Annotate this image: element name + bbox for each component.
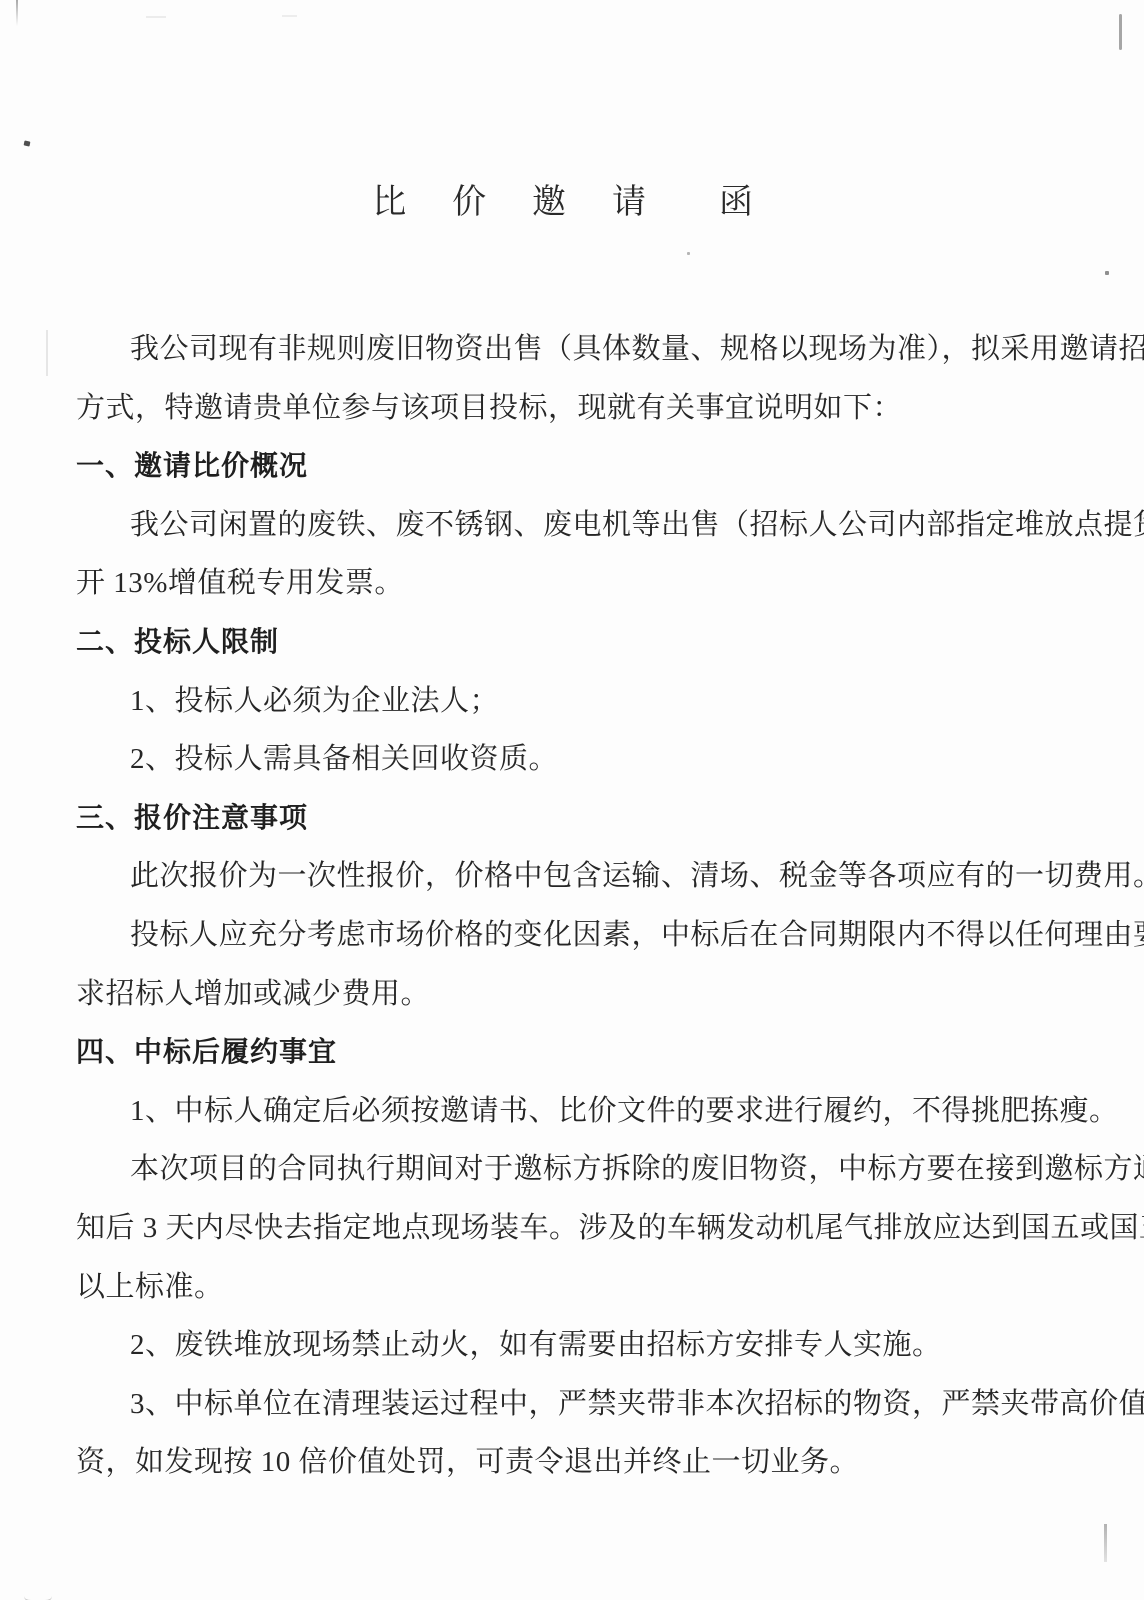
scan-artifact-line-topleft: [16, 0, 18, 26]
paragraph-line: 我公司现有非规则废旧物资出售（具体数量、规格以现场为准），拟采用邀请招标: [76, 332, 1044, 391]
paragraph-line: 我公司闲置的废铁、废不锈钢、废电机等出售（招标人公司内部指定堆放点提货）。: [76, 508, 1044, 567]
scan-artifact-line-left: [46, 330, 48, 376]
paragraph-line: 方式，特邀请贵单位参与该项目投标，现就有关事宜说明如下：: [76, 391, 1044, 450]
paragraph-line: 以上标准。: [76, 1270, 1044, 1329]
section-heading-1: 一、邀请比价概况: [76, 449, 1044, 508]
scan-artifact-speck-right: [1105, 271, 1109, 275]
paragraph-line: 投标人应充分考虑市场价格的变化因素，中标后在合同期限内不得以任何理由要: [76, 918, 1044, 977]
section-heading-4: 四、中标后履约事宜: [76, 1035, 1044, 1094]
document-body: 我公司现有非规则废旧物资出售（具体数量、规格以现场为准），拟采用邀请招标 方式，…: [76, 332, 1044, 1504]
scan-artifact-line-topright: [1119, 14, 1122, 50]
list-item: 2、投标人需具备相关回收资质。: [76, 742, 1044, 801]
list-item: 1、中标人确定后必须按邀请书、比价文件的要求进行履约，不得挑肥拣瘦。: [76, 1094, 1044, 1153]
paragraph-line: 资，如发现按 10 倍价值处罚，可责令退出并终止一切业务。: [76, 1445, 1044, 1504]
paragraph-line: 开 13%增值税专用发票。: [76, 566, 1044, 625]
scan-artifact-smudge: [146, 16, 166, 18]
paragraph-line: 本次项目的合同执行期间对于邀标方拆除的废旧物资，中标方要在接到邀标方通: [76, 1152, 1044, 1211]
scan-artifact-line-bottomright: [1104, 1524, 1107, 1562]
document-title: 比 价 邀 请 函: [0, 174, 1144, 223]
section-heading-3: 三、报价注意事项: [76, 801, 1044, 860]
list-item: 1、投标人必须为企业法人；: [76, 684, 1044, 743]
scan-artifact-speck-title: [687, 252, 690, 255]
section-heading-2: 二、投标人限制: [76, 625, 1044, 684]
list-item: 3、中标单位在清理装运过程中，严禁夹带非本次招标的物资，严禁夹带高价值物: [76, 1387, 1044, 1446]
scan-artifact-smudge: [282, 15, 297, 17]
paragraph-line: 此次报价为一次性报价，价格中包含运输、清场、税金等各项应有的一切费用。: [76, 859, 1044, 918]
list-item: 2、废铁堆放现场禁止动火，如有需要由招标方安排专人实施。: [76, 1328, 1044, 1387]
scanned-document-page: 比 价 邀 请 函 我公司现有非规则废旧物资出售（具体数量、规格以现场为准），拟…: [0, 0, 1144, 1600]
paragraph-line: 求招标人增加或减少费用。: [76, 977, 1044, 1036]
paragraph-line: 知后 3 天内尽快去指定地点现场装车。涉及的车辆发动机尾气排放应达到国五或国五: [76, 1211, 1044, 1270]
scan-artifact-speck-topleft: [24, 140, 31, 146]
scan-artifact-curve-bottomleft: [24, 1590, 52, 1600]
